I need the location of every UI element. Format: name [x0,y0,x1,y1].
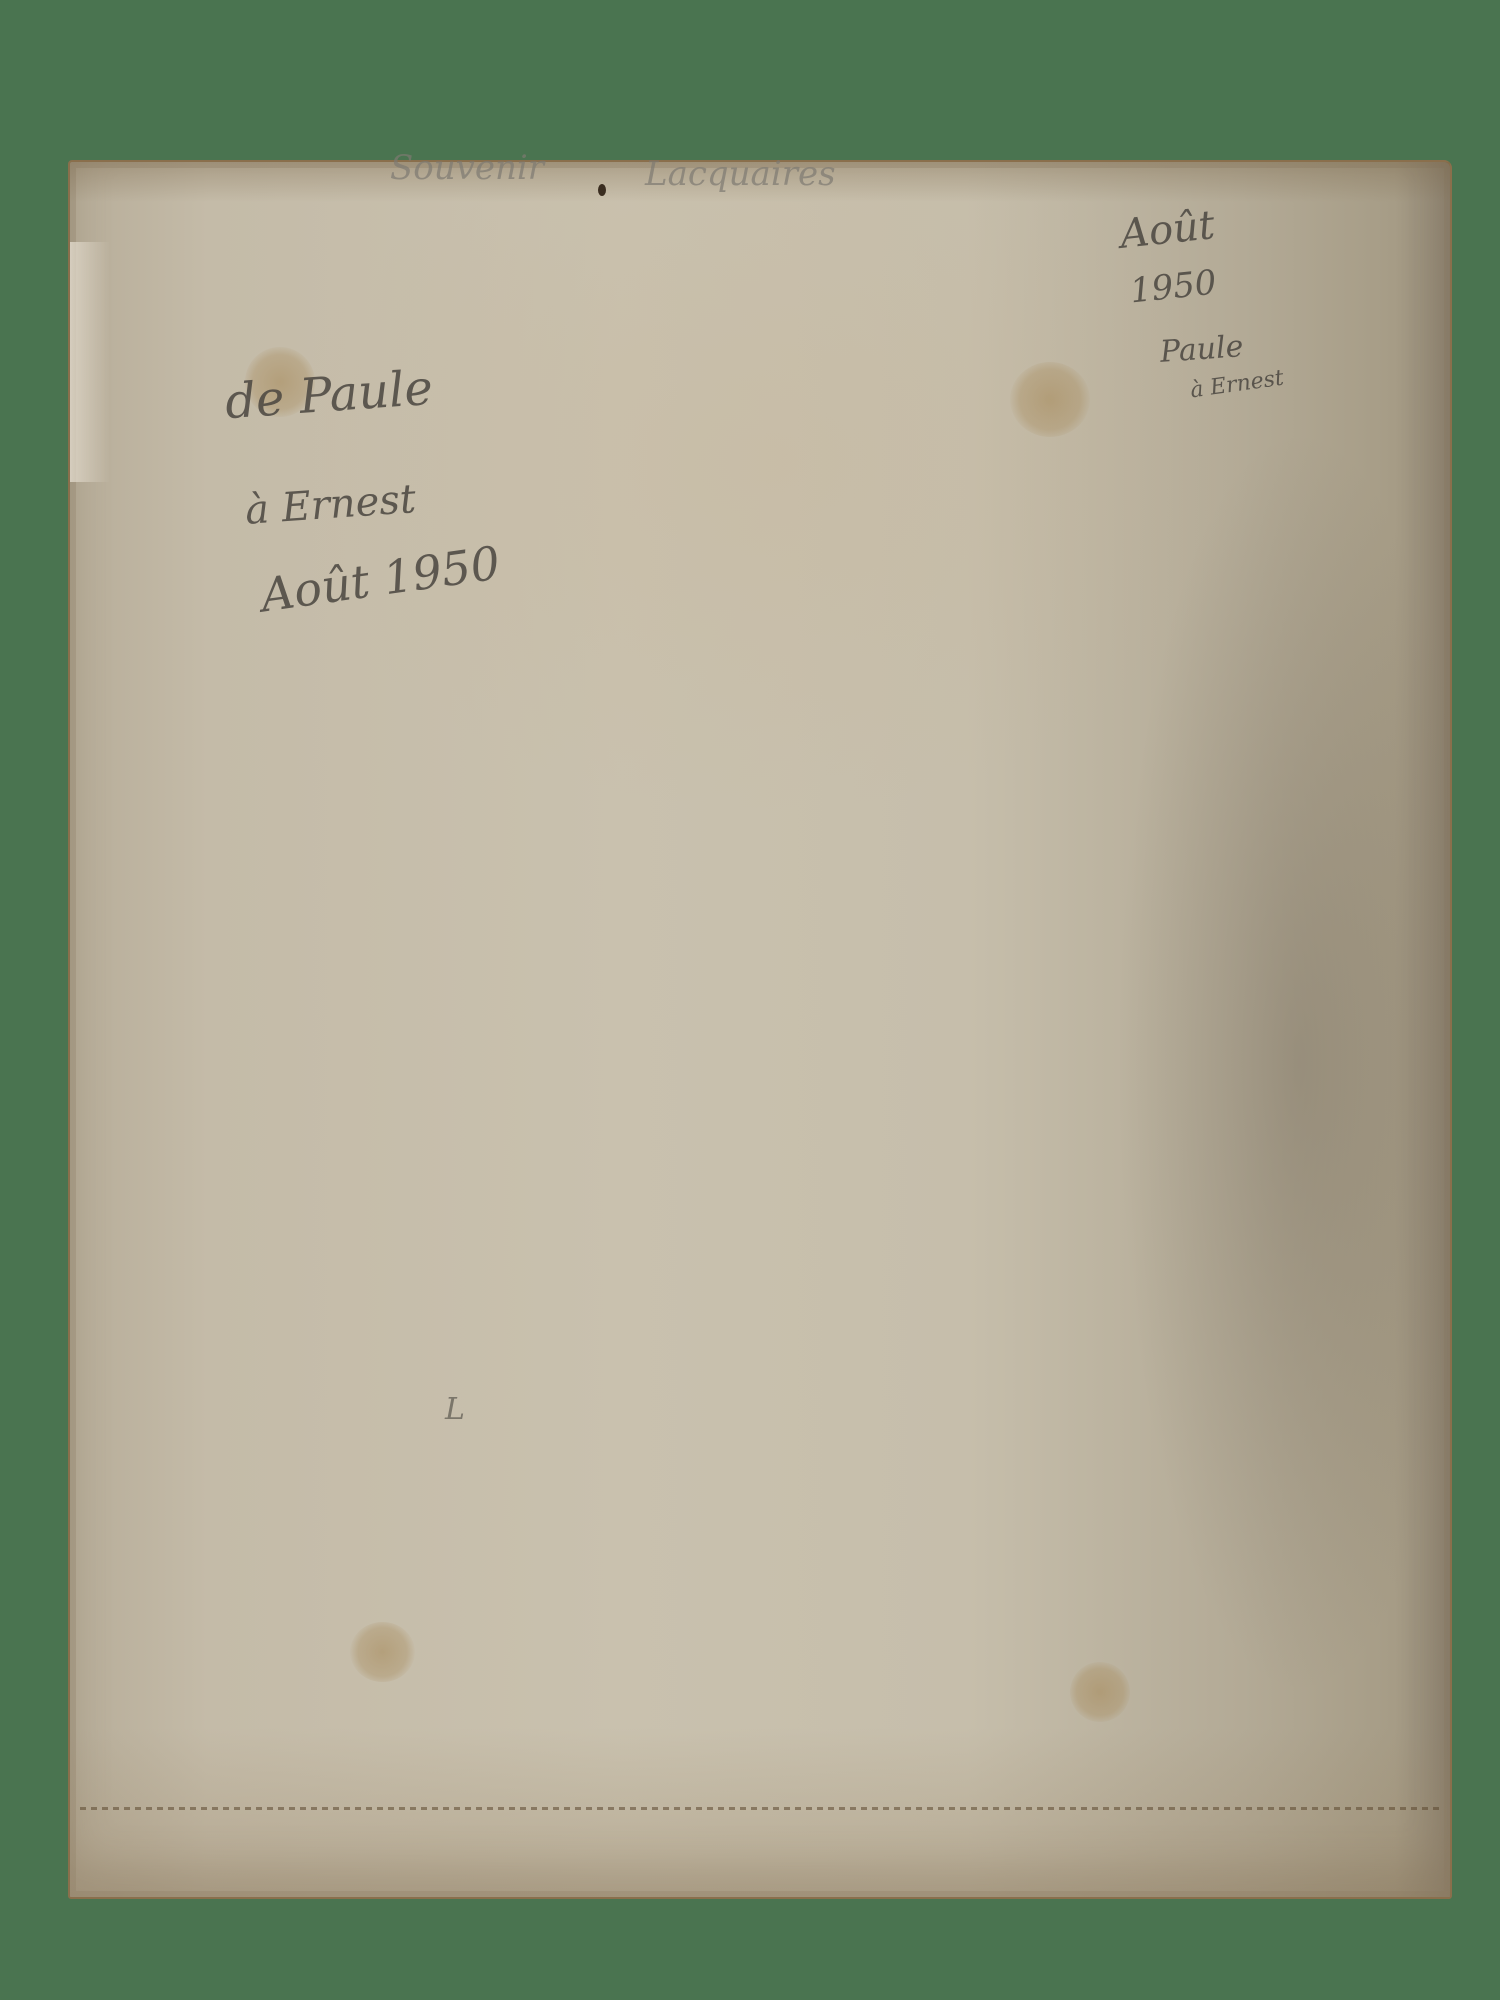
foxing-spot [350,1622,415,1682]
small-pencil-mark: L [445,1392,465,1427]
foxing-spot [1070,1662,1130,1722]
bottom-fold-line [80,1807,1440,1810]
dedication-line-to: à Ernest [244,476,418,534]
right-note-year: 1950 [1128,263,1218,312]
top-faded-word-2: Lacquaires [645,154,836,194]
foxing-spot [1010,362,1090,437]
top-faded-word-1: Souvenir [390,148,544,188]
right-note-to: à Ernest [1189,366,1286,404]
left-edge-wear [70,242,110,482]
dedication-line-date: Août 1950 [257,536,503,623]
bottom-edge-wear [70,1727,1450,1897]
ink-blot [598,184,606,196]
right-note-from: Paule [1159,329,1245,370]
paper-board: Souvenir Lacquaires de Paule à Ernest Ao… [68,160,1452,1899]
right-note-month: Août [1118,202,1217,258]
